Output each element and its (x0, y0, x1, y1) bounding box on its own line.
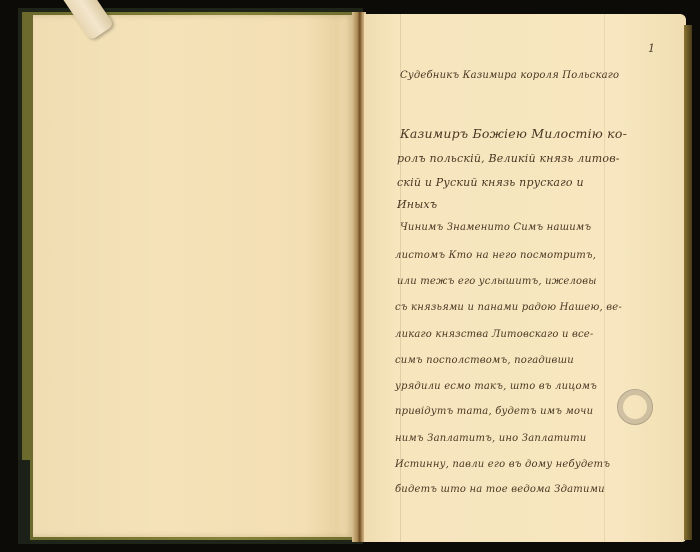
manuscript-line: Истинну, павли его въ дому небудетъ (395, 459, 610, 470)
manuscript-line: Чинимъ Знаменито Симъ нашимъ (400, 222, 591, 233)
library-stamp-icon (617, 389, 653, 425)
manuscript-line: симъ посполствомъ, погадивши (395, 355, 574, 366)
left-page (33, 15, 353, 537)
manuscript-line: нимъ Заплатитъ, ино Заплатити (395, 433, 586, 444)
background: 1 Судебникъ Казимира короля Польскаго Ка… (0, 0, 700, 552)
manuscript-line: съ князьями и панами радою Нашею, ве- (395, 302, 622, 313)
manuscript-line: привідутъ тата, будетъ имъ мочи (395, 406, 593, 417)
page-number: 1 (648, 42, 655, 55)
cover-corner (18, 460, 30, 544)
manuscript-line: ликаго князства Литовскаго и все- (395, 329, 594, 340)
manuscript-line: Казимиръ Божіею Милостію ко- (400, 126, 627, 141)
manuscript-line: ролъ польскій, Великій князь литов- (397, 152, 620, 165)
right-cover-edge (684, 25, 692, 540)
manuscript-line: скій и Руский князь прускаго и (397, 176, 584, 189)
manuscript-line: листомъ Кто на него посмотритъ, (395, 250, 596, 261)
manuscript-heading: Судебникъ Казимира короля Польскаго (400, 70, 619, 81)
manuscript-line: бидетъ што на тое ведома Здатими (395, 484, 605, 495)
manuscript-line: урядили есмо такъ, што въ лицомъ (395, 381, 597, 392)
manuscript-line: или тежъ его услышитъ, ижеловы (397, 276, 597, 287)
manuscript-line: Иныхъ (397, 198, 437, 211)
